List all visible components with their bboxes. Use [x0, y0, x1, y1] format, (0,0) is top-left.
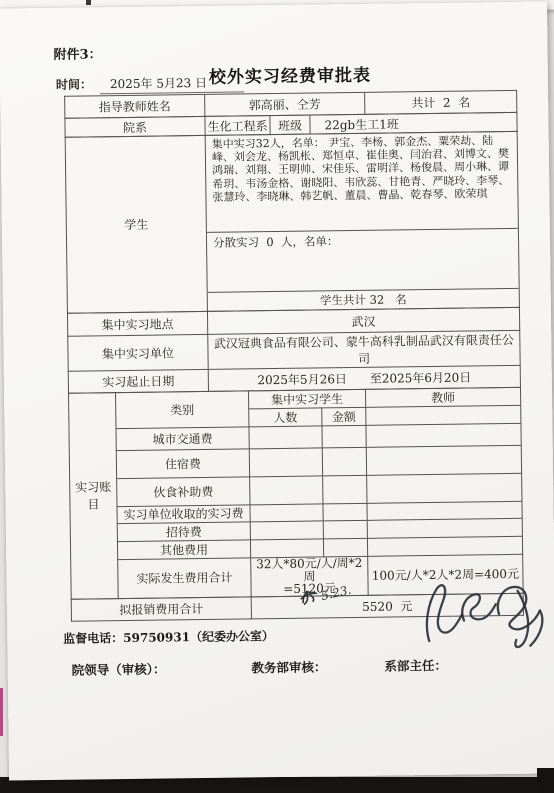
empty-cell: [323, 475, 367, 504]
student-group-header: 集中实习学生: [248, 389, 365, 409]
empty-cell: [249, 448, 322, 477]
category-header: 类别: [116, 391, 249, 429]
time-value: 2025年 5月23 日: [100, 73, 244, 94]
table-row: 集中实习单位 武汉冠典食品有限公司、蒙牛高科乳制品武汉有限责任公司: [68, 330, 520, 371]
department-value: 生化工程系: [205, 116, 270, 136]
empty-cell: [250, 539, 323, 558]
students-table: 学生 集中实习32人，名单： 尹宝、李杨、郭金杰、粟荣劫、陆峰、刘会龙、杨凯枨、…: [65, 131, 520, 314]
teacher-subcell-empty: [366, 405, 521, 425]
company-label: 集中实习单位: [68, 334, 208, 371]
document-page: 附件3： 校外实习经费审批表 时间：2025年 5月23 日 指导教师姓名 郭高…: [0, 1, 554, 780]
period-label: 实习起止日期: [68, 369, 208, 393]
amount-header: 金额: [322, 407, 366, 426]
scattered-student-line: 分散实习 0 人，名单：: [207, 228, 519, 292]
teacher-count-value: 共计 2 名: [365, 90, 517, 114]
location-label: 集中实习地点: [67, 311, 207, 336]
concentrated-student-list: 集中实习32人，名单： 尹宝、李杨、郭金杰、粟荣劫、陆峰、刘会龙、杨凯枨、郑恒卓…: [206, 132, 518, 232]
director-signature: [418, 577, 554, 665]
empty-cell: [322, 447, 366, 476]
count-header: 人数: [249, 408, 322, 427]
empty-cell: [323, 520, 367, 539]
empty-cell: [249, 426, 322, 449]
signature-scribble-icon: [418, 577, 554, 661]
expense-row-label: 招待费: [117, 522, 250, 542]
empty-cell: [323, 503, 367, 521]
empty-cell: [366, 445, 521, 475]
empty-cell: [367, 501, 522, 520]
teacher-name-label: 指导教师姓名: [65, 94, 205, 118]
empty-cell: [323, 538, 367, 557]
expense-row-label: 住宿费: [116, 449, 249, 479]
empty-cell: [367, 536, 522, 556]
account-side-label: 实习账目: [69, 393, 119, 599]
department-label: 院系: [65, 116, 205, 137]
empty-cell: [366, 423, 521, 447]
students-content-cell: 集中实习32人，名单： 尹宝、李杨、郭金杰、粟荣劫、陆峰、刘会龙、杨凯枨、郑恒卓…: [205, 131, 519, 311]
empty-cell: [367, 518, 522, 538]
internship-info-table: 集中实习地点 武汉 集中实习单位 武汉冠典食品有限公司、蒙牛高科乳制品武汉有限责…: [67, 307, 521, 394]
teacher-names-value: 郭高丽、仝芳: [205, 92, 365, 116]
empty-cell: [250, 504, 323, 522]
expense-table: 实习账目 类别 集中实习学生 教师 人数 金额 城市交通费 住宿费 伙食补助费: [68, 387, 524, 599]
expense-row-label: 城市交通费: [116, 427, 249, 451]
time-label: 时间：: [56, 77, 92, 91]
pink-edge-sliver: [0, 688, 3, 736]
empty-cell: [250, 476, 323, 505]
empty-cell: [250, 521, 323, 540]
table-row: 学生 集中实习32人，名单： 尹宝、李杨、郭金杰、粟荣劫、陆峰、刘会龙、杨凯枨、…: [65, 131, 519, 313]
company-value: 武汉冠典食品有限公司、蒙牛高科乳制品武汉有限责任公司: [208, 330, 520, 369]
expense-row-label: 实习单位收取的实习费: [117, 505, 250, 524]
expense-row-label: 其他费用: [117, 540, 250, 560]
expense-row-label: 伙食补助费: [117, 477, 250, 507]
reimbursement-label: 拟报销费用合计: [71, 596, 251, 620]
empty-cell: [367, 473, 522, 503]
desk-corner-patch: [537, 768, 554, 793]
actual-total-label: 实际发生费用合计: [118, 558, 251, 598]
class-label: 班级: [270, 115, 310, 135]
academic-review-label: 教务部审核：: [251, 657, 326, 676]
empty-cell: [322, 425, 366, 448]
scanned-document-photo: 附件3： 校外实习经费审批表 时间：2025年 5月23 日 指导教师姓名 郭高…: [0, 0, 554, 793]
teacher-header: 教师: [366, 387, 521, 407]
students-label: 学生: [65, 135, 207, 313]
leader-review-label: 院领导（审核）：: [72, 659, 166, 678]
top-edge-mark: [86, 0, 91, 5]
